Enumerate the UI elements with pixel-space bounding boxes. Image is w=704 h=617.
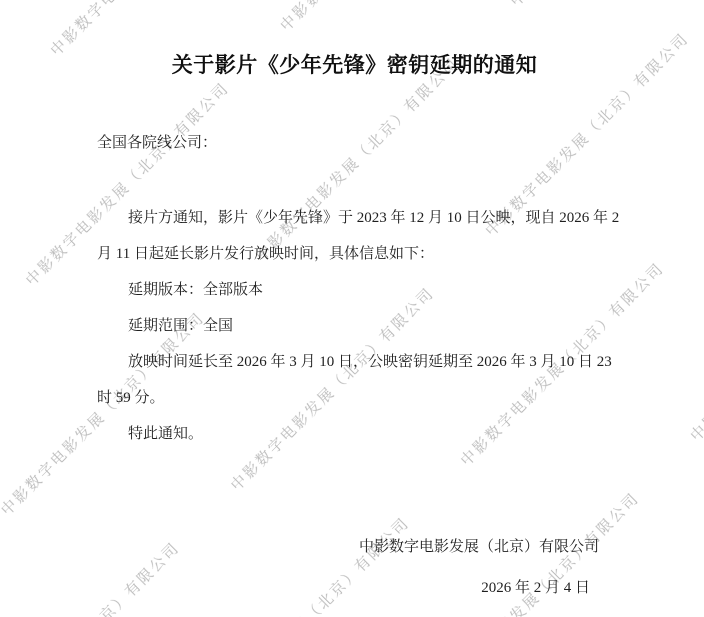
document-title: 关于影片《少年先锋》密钥延期的通知 [97,54,612,76]
notice-document: 中影数字电影发展（北京）有限公司 中影数字电影发展（北京）有限公司 中影数字电影… [0,0,704,617]
body-line-2: 月 11 日起延长影片发行放映时间，具体信息如下： [97,236,612,272]
document-body: 接片方通知，影片《少年先锋》于 2023 年 12 月 10 日公映，现自 20… [97,200,612,452]
salutation-line: 全国各院线公司： [97,133,612,153]
signature-date: 2026 年 2 月 4 日 [97,578,612,598]
body-line-4: 延期范围：全国 [97,308,612,344]
body-line-5: 放映时间延长至 2026 年 3 月 10 日，公映密钥延期至 2026 年 3… [97,344,612,380]
body-line-1: 接片方通知，影片《少年先锋》于 2023 年 12 月 10 日公映，现自 20… [97,200,612,236]
body-line-7: 特此通知。 [97,416,612,452]
document-content: 关于影片《少年先锋》密钥延期的通知 全国各院线公司： 接片方通知，影片《少年先锋… [0,0,704,617]
body-line-6: 时 59 分。 [97,380,612,416]
body-line-3: 延期版本：全部版本 [97,272,612,308]
signature-company: 中影数字电影发展（北京）有限公司 [97,537,612,557]
